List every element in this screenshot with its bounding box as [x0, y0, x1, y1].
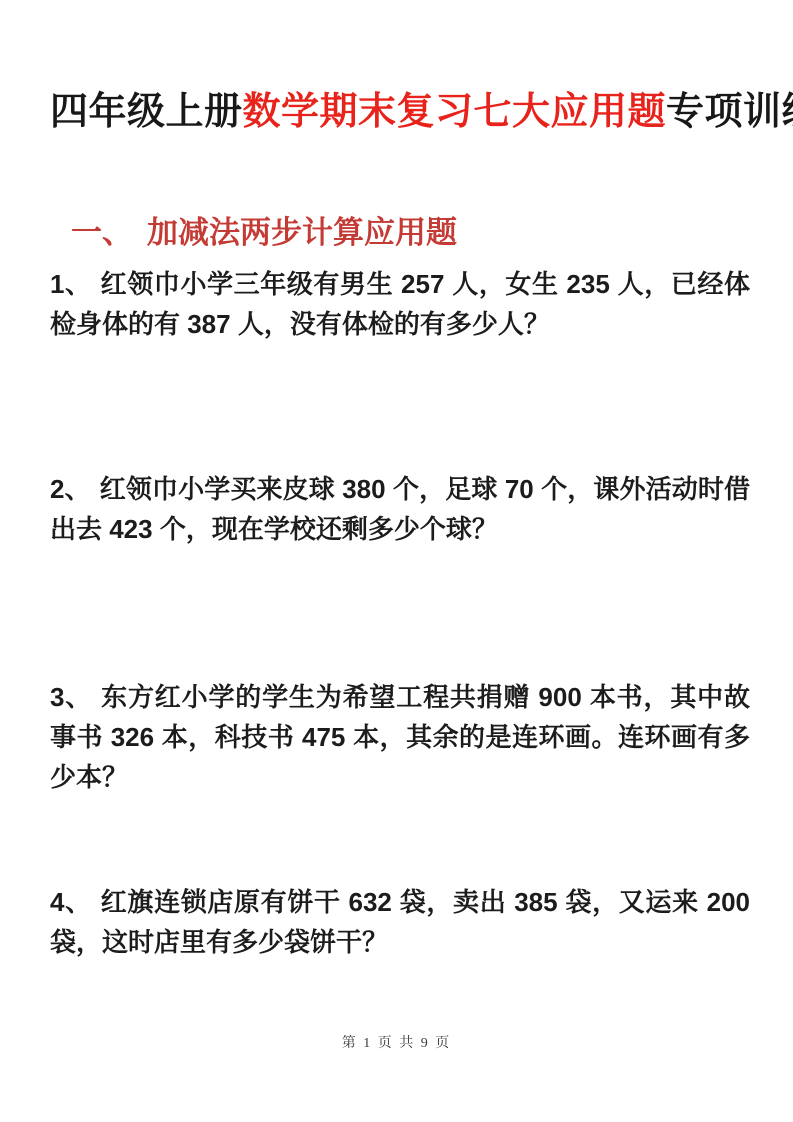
problem-4-text: 红旗连锁店原有饼干 632 袋，卖出 385 袋，又运来 200 袋，这时店里有…: [50, 887, 750, 957]
problem-3: 3、东方红小学的学生为希望工程共捐赠 900 本书，其中故事书 326 本，科技…: [50, 677, 750, 797]
problem-3-text: 东方红小学的学生为希望工程共捐赠 900 本书，其中故事书 326 本，科技书 …: [50, 682, 750, 792]
section-number: 一、: [71, 215, 133, 250]
title-part-highlight: 数学期末复习七大应用题: [243, 91, 667, 133]
section-heading: 一、加减法两步计算应用题: [71, 213, 457, 253]
problem-1-number: 1、: [50, 269, 92, 299]
problem-1-text: 红领巾小学三年级有男生 257 人，女生 235 人，已经体检身体的有 387 …: [50, 269, 750, 339]
problem-4: 4、红旗连锁店原有饼干 632 袋，卖出 385 袋，又运来 200 袋，这时店…: [50, 882, 750, 962]
problem-3-number: 3、: [50, 682, 92, 712]
section-label: 加减法两步计算应用题: [147, 215, 457, 250]
problem-1: 1、红领巾小学三年级有男生 257 人，女生 235 人，已经体检身体的有 38…: [50, 264, 750, 344]
problem-4-number: 4、: [50, 887, 92, 917]
problem-2-number: 2、: [50, 474, 91, 504]
problem-2-text: 红领巾小学买来皮球 380 个，足球 70 个，课外活动时借出去 423 个，现…: [50, 474, 750, 544]
title-part-grade: 四年级上册: [50, 91, 243, 133]
problem-2: 2、红领巾小学买来皮球 380 个，足球 70 个，课外活动时借出去 423 个…: [50, 469, 750, 549]
page-title: 四年级上册数学期末复习七大应用题专项训练: [50, 88, 760, 136]
page-footer: 第 1 页 共 9 页: [0, 1034, 793, 1054]
worksheet-page: 四年级上册数学期末复习七大应用题专项训练 一、加减法两步计算应用题 1、红领巾小…: [0, 0, 793, 1122]
title-part-training: 专项训练: [666, 91, 793, 133]
